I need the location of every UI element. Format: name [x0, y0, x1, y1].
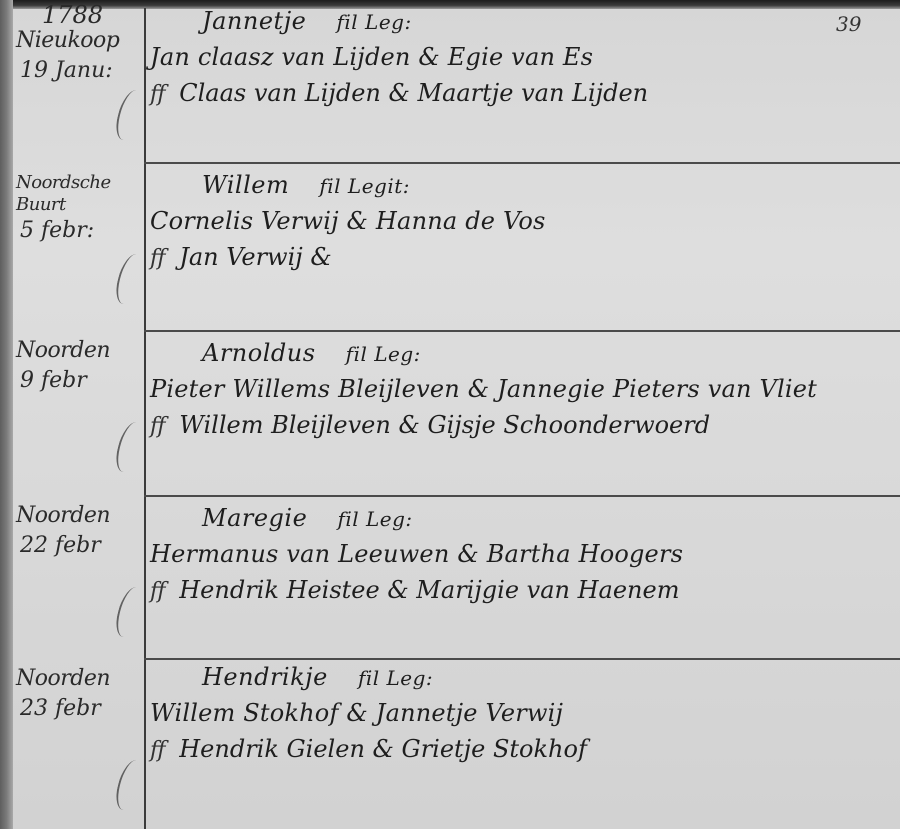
entry-date: 9 febr — [16, 366, 144, 396]
child-line: Arnoldus fil Leg: — [150, 336, 895, 371]
entry-margin: Noorden 22 febr — [16, 501, 144, 561]
entry-place: Noorden — [16, 664, 144, 694]
child-name: Arnoldus — [202, 339, 316, 367]
witnesses: Claas van Lijden & Maartje van Lijden — [179, 79, 648, 107]
legitimacy-note: fil Legit: — [319, 174, 410, 198]
parents-line: Hermanus van Leeuwen & Bartha Hoogers — [150, 536, 895, 572]
witness-prefix: ff — [150, 738, 166, 763]
parents-line: Cornelis Verwij & Hanna de Vos — [150, 203, 895, 239]
ff-flourish-icon — [112, 422, 148, 472]
witnesses: Hendrik Heistee & Marijgie van Haenem — [179, 576, 679, 604]
witnesses: Willem Bleijleven & Gijsje Schoonderwoer… — [179, 411, 710, 439]
child-name: Maregie — [202, 504, 307, 532]
entry-date: 5 febr: — [16, 216, 144, 246]
ff-flourish-icon — [112, 254, 148, 304]
ff-flourish-icon — [112, 90, 148, 140]
legitimacy-note: fil Leg: — [346, 342, 421, 366]
witnesses-line: ff Willem Bleijleven & Gijsje Schoonderw… — [150, 407, 895, 445]
entry-place: Noorden — [16, 501, 144, 531]
entry-margin: Noorden 23 febr — [16, 664, 144, 724]
entry-place: Noordsche Buurt — [16, 172, 144, 216]
witnesses-line: ff Jan Verwij & — [150, 239, 895, 277]
witness-prefix: ff — [150, 579, 166, 604]
child-line: Hendrikje fil Leg: — [150, 660, 895, 695]
register-entry: 1788 Nieukoop 19 Janu: Jannetje fil Leg:… — [0, 0, 900, 162]
entry-body: Jannetje fil Leg: Jan claasz van Lijden … — [150, 4, 895, 113]
register-entry: Noorden 23 febr Hendrikje fil Leg: Wille… — [0, 660, 900, 829]
legitimacy-note: fil Leg: — [336, 10, 411, 34]
entry-year: 1788 — [16, 4, 144, 26]
parents-line: Willem Stokhof & Jannetje Verwij — [150, 695, 895, 731]
child-line: Maregie fil Leg: — [150, 501, 895, 536]
entry-margin: Noorden 9 febr — [16, 336, 144, 396]
register-entry: Noorden 22 febr Maregie fil Leg: Hermanu… — [0, 497, 900, 658]
entry-date: 23 febr — [16, 694, 144, 724]
witnesses-line: ff Hendrik Heistee & Marijgie van Haenem — [150, 572, 895, 610]
witness-prefix: ff — [150, 82, 166, 107]
witnesses: Jan Verwij & — [179, 243, 331, 271]
register-entry: Noorden 9 febr Arnoldus fil Leg: Pieter … — [0, 332, 900, 495]
entry-body: Arnoldus fil Leg: Pieter Willems Bleijle… — [150, 336, 895, 445]
child-name: Willem — [202, 171, 289, 199]
ff-flourish-icon — [112, 587, 148, 637]
witnesses-line: ff Hendrik Gielen & Grietje Stokhof — [150, 731, 895, 769]
witnesses-line: ff Claas van Lijden & Maartje van Lijden — [150, 75, 895, 113]
entry-body: Hendrikje fil Leg: Willem Stokhof & Jann… — [150, 660, 895, 769]
entry-margin: Noordsche Buurt 5 febr: — [16, 172, 144, 246]
register-entry: Noordsche Buurt 5 febr: Willem fil Legit… — [0, 164, 900, 330]
register-page: 39 1788 Nieukoop 19 Janu: Jannetje fil L… — [0, 0, 900, 829]
entry-body: Maregie fil Leg: Hermanus van Leeuwen & … — [150, 501, 895, 610]
entry-place: Noorden — [16, 336, 144, 366]
child-line: Willem fil Legit: — [150, 168, 895, 203]
witness-prefix: ff — [150, 414, 166, 439]
parents-line: Jan claasz van Lijden & Egie van Es — [150, 39, 895, 75]
witnesses: Hendrik Gielen & Grietje Stokhof — [179, 735, 587, 763]
child-name: Jannetje — [202, 7, 306, 35]
child-line: Jannetje fil Leg: — [150, 4, 895, 39]
parents-line: Pieter Willems Bleijleven & Jannegie Pie… — [150, 371, 895, 407]
legitimacy-note: fil Leg: — [337, 507, 412, 531]
entry-date: 22 febr — [16, 531, 144, 561]
entry-body: Willem fil Legit: Cornelis Verwij & Hann… — [150, 168, 895, 277]
entry-place: Nieukoop — [16, 26, 144, 56]
entry-date: 19 Janu: — [16, 56, 144, 86]
legitimacy-note: fil Leg: — [358, 666, 433, 690]
ff-flourish-icon — [112, 760, 148, 810]
entry-margin: 1788 Nieukoop 19 Janu: — [16, 4, 144, 86]
witness-prefix: ff — [150, 246, 166, 271]
child-name: Hendrikje — [202, 663, 328, 691]
